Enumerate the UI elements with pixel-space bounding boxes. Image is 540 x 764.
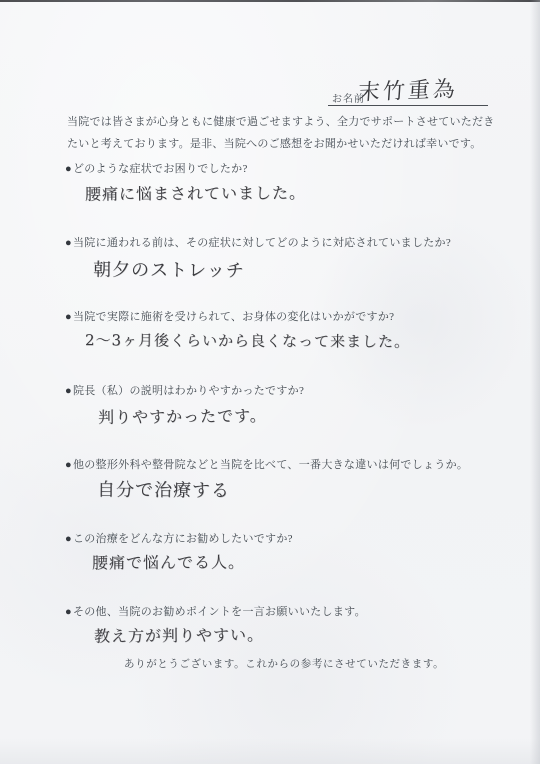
bullet-icon: ●: [65, 311, 72, 323]
question-explanation-clarity: ●院長（私）の説明はわかりやすかったですか?: [65, 382, 515, 398]
handwritten-answer-difference: 自分で治療する: [97, 475, 230, 502]
scan-top-edge-artifact: [0, 0, 540, 2]
handwritten-answer-explanation: 判りやすかったです。: [98, 403, 267, 428]
name-field-underline: [328, 105, 488, 106]
question-label: どのような症状でお困りでしたか?: [73, 163, 248, 175]
bullet-icon: ●: [65, 237, 72, 249]
handwritten-answer-body-change: 2〜3ヶ月後くらいから良くなって来ました。: [85, 329, 410, 352]
question-label: 院長（私）の説明はわかりやすかったですか?: [73, 385, 304, 397]
scan-right-edge-shadow: [530, 0, 540, 764]
question-previous-care: ●当院に通われる前は、その症状に対してどのように対応されていましたか?: [65, 234, 515, 250]
scanned-questionnaire-page: お名前 末竹重為 当院では皆さまが心身ともに健康で過ごせますよう、全力でサポート…: [0, 0, 540, 764]
handwritten-answer-recommend-points: 教え方が判りやすい。: [94, 622, 264, 646]
question-label: 当院で実際に施術を受けられて、お身体の変化はいかがですか?: [73, 311, 394, 323]
question-recommend-to: ●この治療をどんな方にお勧めしたいですか?: [65, 530, 515, 546]
handwritten-answer-symptoms: 腰痛に悩まされていました。: [85, 180, 306, 205]
handwritten-answer-previous-care: 朝夕のストレッチ: [93, 255, 245, 282]
handwritten-answer-recommend-to: 腰痛で悩んでる人。: [92, 550, 245, 574]
intro-line-1: 当院では皆さまが心身ともに健康で過ごせますよう、全力でサポートさせていただき: [67, 111, 507, 133]
bullet-icon: ●: [65, 533, 72, 545]
question-recommend-points: ●その他、当院のお勧めポイントを一言お願いいたします。: [65, 603, 515, 619]
question-biggest-difference: ●他の整形外科や整骨院などと当院を比べて、一番大きな違いは何でしょうか。: [65, 456, 515, 472]
scan-bottom-shadow: [0, 738, 540, 764]
question-label: 他の整形外科や整骨院などと当院を比べて、一番大きな違いは何でしょうか。: [73, 459, 468, 471]
question-label: この治療をどんな方にお勧めしたいですか?: [73, 533, 293, 545]
question-body-change: ●当院で実際に施術を受けられて、お身体の変化はいかがですか?: [65, 308, 515, 324]
question-symptoms: ●どのような症状でお困りでしたか?: [65, 160, 515, 176]
intro-paragraph: 当院では皆さまが心身ともに健康で過ごせますよう、全力でサポートさせていただき た…: [67, 111, 507, 155]
question-label: 当院に通われる前は、その症状に対してどのように対応されていましたか?: [73, 237, 451, 249]
handwritten-name: 末竹重為: [357, 72, 459, 107]
intro-line-2: たいと考えております。是非、当院へのご感想をお聞かせいただければ幸いです。: [67, 133, 507, 155]
bullet-icon: ●: [65, 459, 72, 471]
bullet-icon: ●: [65, 385, 72, 397]
bullet-icon: ●: [65, 606, 72, 618]
closing-thanks-line: ありがとうございます。これからの参考にさせていただきます。: [124, 656, 444, 671]
question-label: その他、当院のお勧めポイントを一言お願いいたします。: [73, 606, 366, 618]
bullet-icon: ●: [65, 163, 72, 175]
